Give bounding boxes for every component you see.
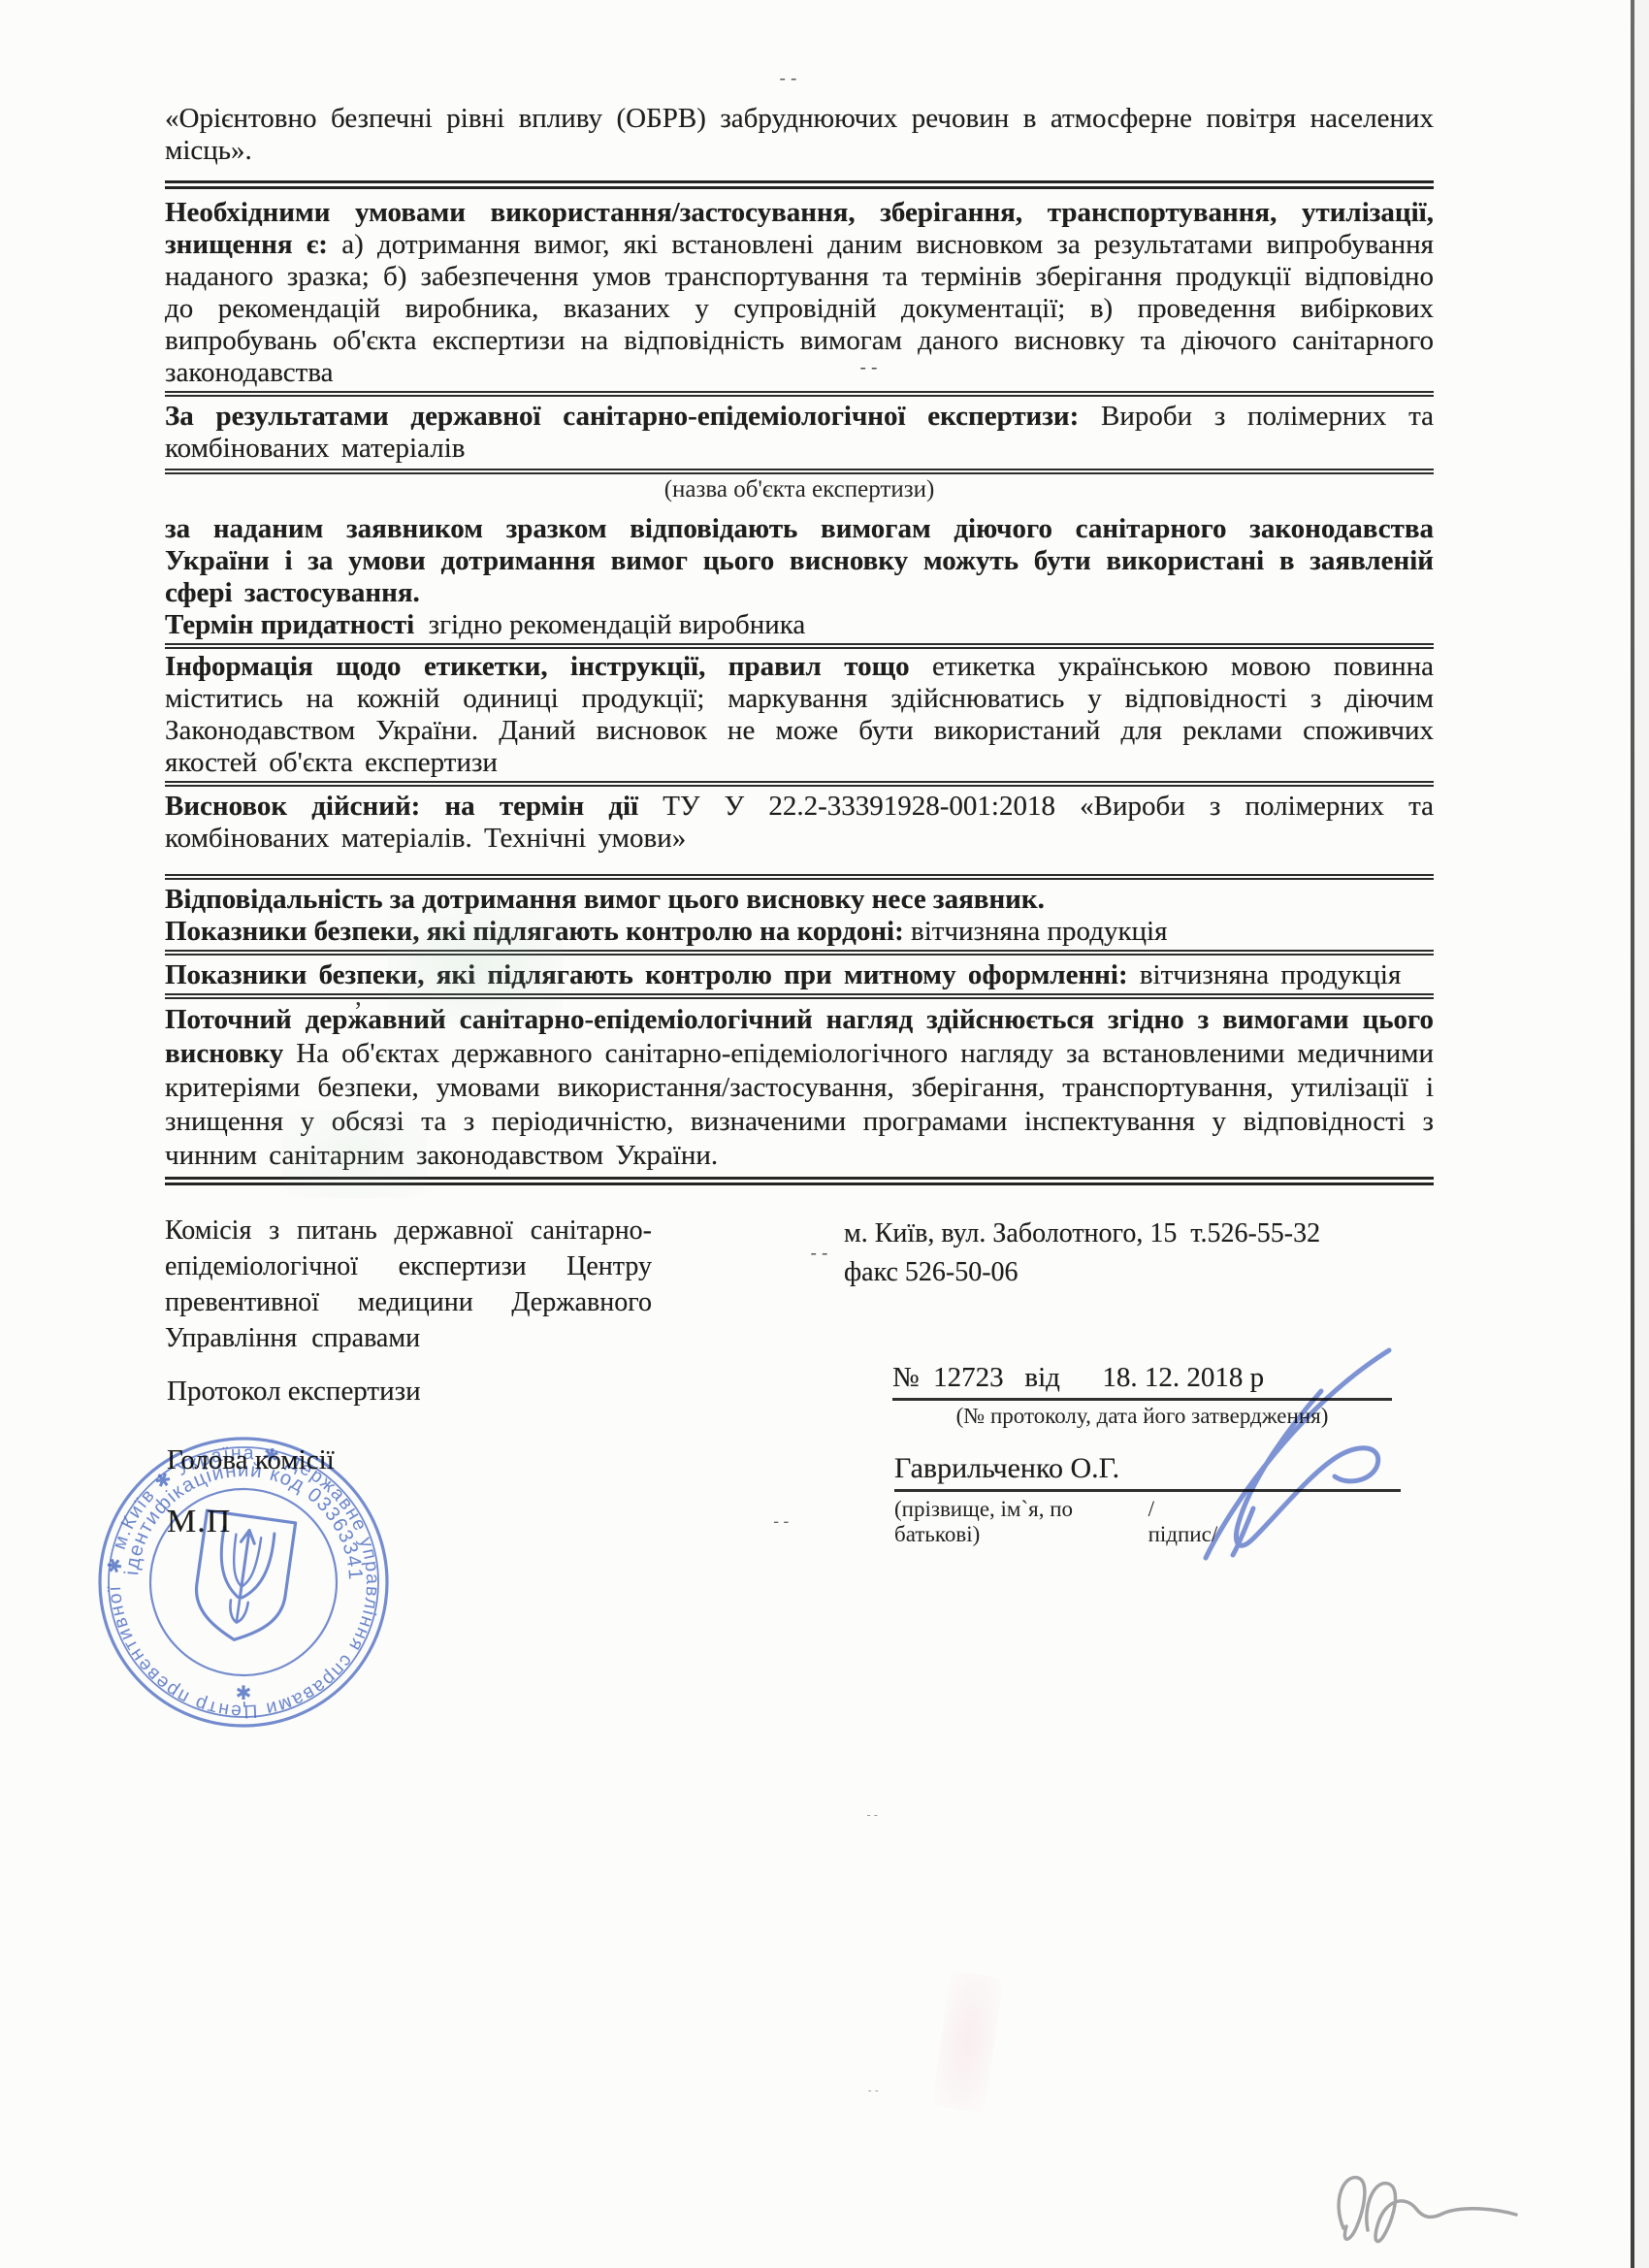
- scan-smudge-pink: [932, 1971, 1004, 2113]
- divider-rule: [165, 391, 1434, 397]
- scan-artifact-dash: --: [866, 2084, 880, 2097]
- divider-rule: [165, 643, 1434, 649]
- scanned-document-page: «Орієнтовно безпечні рівні впливу (ОБРВ)…: [0, 0, 1649, 2268]
- scan-artifact-comma: ,: [355, 982, 362, 1012]
- scan-artifact-dash: --: [771, 1512, 791, 1532]
- conditions-text: а) дотримання вимог, які встановлені дан…: [165, 229, 1434, 388]
- divider-rule: [165, 781, 1434, 787]
- divider-rule: [165, 874, 1434, 880]
- validity-label: Висновок дійсний: на термін дії: [165, 791, 638, 822]
- labeling-label: Інформація щодо етикетки, інструкції, пр…: [165, 651, 910, 682]
- validity-paragraph: Висновок дійсний: на термін дії ТУ У 22.…: [165, 791, 1434, 855]
- results-label: За результатами державної санітарно-епід…: [165, 401, 1079, 432]
- border-control-line: Показники безпеки, які підлягають контро…: [165, 916, 1434, 948]
- shelf-life-line: Термін придатності згідно рекомендацій в…: [165, 609, 1434, 641]
- compliance-paragraph: за наданим заявником зразком відповідают…: [165, 513, 1434, 609]
- border-control-text: вітчизняна продукція: [904, 916, 1168, 947]
- customs-control-label: Показники безпеки, які підлягають контро…: [165, 959, 1128, 990]
- trident-emblem-icon: [190, 1510, 296, 1646]
- stamp-bottom-star: ✱: [236, 1683, 252, 1704]
- surveillance-paragraph: Поточний державний санітарно-епідеміолог…: [165, 1003, 1434, 1173]
- divider-rule: [165, 469, 1434, 474]
- shelf-life-label: Термін придатності: [165, 609, 414, 640]
- results-paragraph: За результатами державної санітарно-епід…: [165, 401, 1434, 465]
- divider-rule: [165, 180, 1434, 189]
- object-name-caption: (назва об'єкта експертизи): [165, 476, 1434, 503]
- scan-artifact-dash: --: [777, 68, 799, 89]
- divider-rule: [165, 1177, 1434, 1185]
- conditions-paragraph: Необхідними умовами використання/застосу…: [165, 197, 1434, 389]
- pencil-stroke-2: [1367, 2184, 1516, 2242]
- signature-long-stroke: [1206, 1350, 1389, 1558]
- responsibility-line: Відповідальність за дотримання вимог цьо…: [165, 884, 1434, 916]
- surveillance-text: На об'єктах державного санітарно-епідемі…: [165, 1038, 1434, 1171]
- border-control-label: Показники безпеки, які підлягають контро…: [165, 916, 904, 947]
- head-name-caption: (прізвище, ім`я, по батькові): [894, 1497, 1148, 1547]
- protocol-label: Протокол експертизи: [167, 1376, 421, 1408]
- commission-address: м. Київ, вул. Заболотного, 15 т.526-55-3…: [844, 1215, 1445, 1292]
- scan-edge-strip: [1634, 0, 1649, 2268]
- scan-artifact-dash: --: [857, 357, 880, 378]
- commission-name: Комісія з питань державної санітарно-епі…: [165, 1213, 652, 1356]
- labeling-paragraph: Інформація щодо етикетки, інструкції, пр…: [165, 651, 1434, 779]
- signature-ink: [1145, 1339, 1455, 1581]
- shelf-life-text: згідно рекомендацій виробника: [414, 609, 805, 640]
- commission-address-line2: факс 526-50-06: [844, 1253, 1445, 1292]
- divider-rule: [165, 950, 1434, 956]
- pencil-initials: [1314, 2158, 1576, 2255]
- pencil-stroke-1: [1339, 2178, 1365, 2240]
- trident-base: [228, 1596, 248, 1623]
- scan-artifact-dash: --: [808, 1243, 830, 1264]
- customs-control-text: вітчизняна продукція: [1128, 959, 1402, 990]
- official-stamp: ✱ м.Київ ✱ Україна ✱ Державне управління…: [88, 1427, 399, 1737]
- commission-address-line1: м. Київ, вул. Заболотного, 15 т.526-55-3…: [844, 1215, 1445, 1253]
- intro-paragraph: «Орієнтовно безпечні рівні впливу (ОБРВ)…: [165, 103, 1434, 167]
- scan-artifact-dash: --: [865, 1808, 879, 1822]
- scan-edge-line: [1631, 0, 1634, 2268]
